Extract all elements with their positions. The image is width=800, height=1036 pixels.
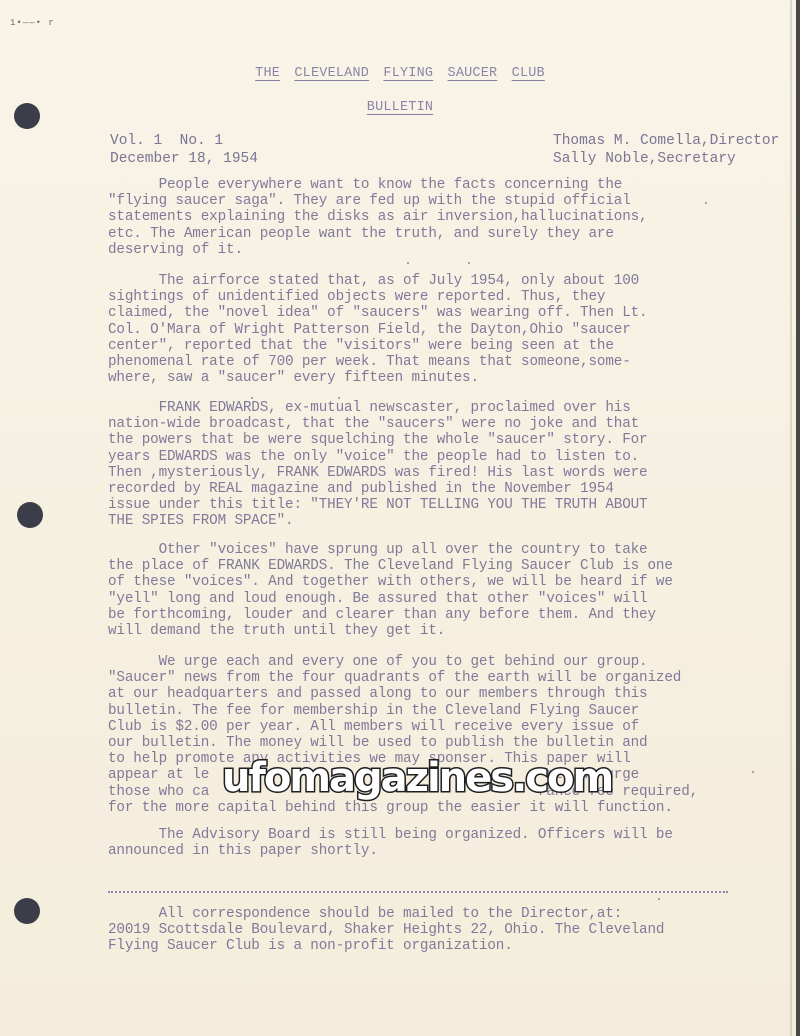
text-line: Other "voices" have sprung up all over t… bbox=[108, 542, 788, 558]
text-line: All correspondence should be mailed to t… bbox=[108, 906, 788, 922]
staff-info: Thomas M. Comella,DirectorSally Noble,Se… bbox=[553, 132, 779, 168]
text-line: statements explaining the disks as air i… bbox=[108, 209, 788, 225]
text-line: The airforce stated that, as of July 195… bbox=[108, 273, 788, 289]
paragraph-frank-edwards: FRANK EDWARDS, ex-mutual newscaster, pro… bbox=[108, 400, 788, 530]
text-line: where, saw a "saucer" every fifteen minu… bbox=[108, 370, 788, 386]
title-word: CLEVELAND bbox=[294, 66, 369, 81]
text-line: center", reported that the "visitors" we… bbox=[108, 338, 788, 354]
issue-date: December 18, 1954 bbox=[110, 150, 258, 168]
text-line: will demand the truth until they get it. bbox=[108, 623, 788, 639]
paragraph-intro: People everywhere want to know the facts… bbox=[108, 177, 788, 258]
corner-mark: 1•——• r bbox=[10, 18, 55, 28]
text-line: Club is $2.00 per year. All members will… bbox=[108, 719, 788, 735]
ink-speck bbox=[251, 397, 253, 399]
text-line: for the more capital behind this group t… bbox=[108, 800, 788, 816]
title-word: FLYING bbox=[383, 66, 433, 81]
punch-hole-middle bbox=[17, 502, 43, 528]
text-line: nation-wide broadcast, that the "saucers… bbox=[108, 416, 788, 432]
text-line: at our headquarters and passed along to … bbox=[108, 686, 788, 702]
director-name: Thomas M. Comella,Director bbox=[553, 132, 779, 150]
text-line: phenomenal rate of 700 per week. That me… bbox=[108, 354, 788, 370]
issue-info: Vol. 1 No. 1December 18, 1954 bbox=[110, 132, 258, 168]
ink-speck bbox=[752, 771, 754, 773]
title-word: CLUB bbox=[512, 66, 545, 81]
volume-number: Vol. 1 No. 1 bbox=[110, 132, 258, 150]
text-line: The Advisory Board is still being organi… bbox=[108, 827, 788, 843]
text-line: issue under this title: "THEY'RE NOT TEL… bbox=[108, 497, 788, 513]
ink-speck bbox=[407, 262, 409, 264]
text-line: announced in this paper shortly. bbox=[108, 843, 788, 859]
text-line: Flying Saucer Club is a non-profit organ… bbox=[108, 938, 788, 954]
text-line: years EDWARDS was the only "voice" the p… bbox=[108, 449, 788, 465]
ink-speck bbox=[705, 202, 707, 204]
text-line: FRANK EDWARDS, ex-mutual newscaster, pro… bbox=[108, 400, 788, 416]
watermark: ufomagazines.com bbox=[222, 754, 612, 802]
paragraph-correspondence: All correspondence should be mailed to t… bbox=[108, 906, 788, 955]
text-line: be forthcoming, louder and clearer than … bbox=[108, 607, 788, 623]
text-line: People everywhere want to know the facts… bbox=[108, 177, 788, 193]
title-word: THE bbox=[255, 66, 280, 81]
title-word: SAUCER bbox=[448, 66, 498, 81]
text-line: claimed, the "novel idea" of "saucers" w… bbox=[108, 305, 788, 321]
text-line: 20019 Scottsdale Boulevard, Shaker Heigh… bbox=[108, 922, 788, 938]
text-line: We urge each and every one of you to get… bbox=[108, 654, 788, 670]
text-line: recorded by REAL magazine and published … bbox=[108, 481, 788, 497]
ink-speck bbox=[468, 262, 470, 264]
section-divider bbox=[108, 891, 728, 893]
ink-speck bbox=[658, 898, 660, 900]
punch-hole-bottom bbox=[14, 898, 40, 924]
secretary-name: Sally Noble,Secretary bbox=[553, 150, 779, 168]
paragraph-advisory-board: The Advisory Board is still being organi… bbox=[108, 827, 788, 859]
newsletter-subtitle: BULLETIN bbox=[0, 100, 800, 115]
ink-speck bbox=[338, 397, 340, 399]
text-line: "yell" long and loud enough. Be assured … bbox=[108, 591, 788, 607]
page-edge-shadow bbox=[789, 0, 792, 1036]
text-line: "Saucer" news from the four quadrants of… bbox=[108, 670, 788, 686]
text-line: bulletin. The fee for membership in the … bbox=[108, 703, 788, 719]
text-line: Col. O'Mara of Wright Patterson Field, t… bbox=[108, 322, 788, 338]
text-line: deserving of it. bbox=[108, 242, 788, 258]
text-line: the powers that be were squelching the w… bbox=[108, 432, 788, 448]
paragraph-airforce: The airforce stated that, as of July 195… bbox=[108, 273, 788, 386]
text-line: "flying saucer saga". They are fed up wi… bbox=[108, 193, 788, 209]
subtitle-text: BULLETIN bbox=[367, 100, 433, 115]
text-line: of these "voices". And together with oth… bbox=[108, 574, 788, 590]
text-line: Then ,mysteriously, FRANK EDWARDS was fi… bbox=[108, 465, 788, 481]
newsletter-title: THE CLEVELAND FLYING SAUCER CLUB bbox=[0, 66, 800, 81]
text-line: sightings of unidentified objects were r… bbox=[108, 289, 788, 305]
text-line: THE SPIES FROM SPACE". bbox=[108, 513, 788, 529]
paragraph-other-voices: Other "voices" have sprung up all over t… bbox=[108, 542, 788, 639]
text-line: our bulletin. The money will be used to … bbox=[108, 735, 788, 751]
text-line: the place of FRANK EDWARDS. The Clevelan… bbox=[108, 558, 788, 574]
text-line: etc. The American people want the truth,… bbox=[108, 226, 788, 242]
document-page: 1•——• r THE CLEVELAND FLYING SAUCER CLUB… bbox=[0, 0, 800, 1036]
